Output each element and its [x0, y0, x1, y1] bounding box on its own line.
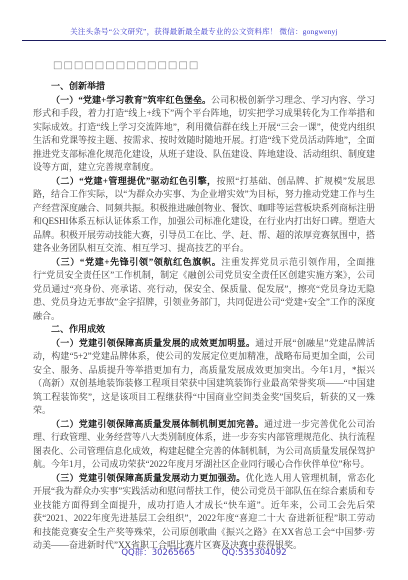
section-2-title-text: 二、作用成效 — [51, 324, 105, 334]
promo-footer: QQ群：30265665 QQ:535304092 — [0, 546, 408, 558]
document-page: 关注头条号“公文研究”，获得最新最全最专业的公文资料库！ 微信：gongweny… — [0, 0, 408, 580]
paragraph: （二）党建引领保障高质量发展体制机制更加完善。通过进一步完善优化公司治理、行政管… — [33, 418, 375, 472]
paragraph-lead: （三）“党建+先锋引领”领航红色旗帜。 — [51, 257, 221, 267]
paragraph-text: 公司积极创新学习理念、学习内容、学习形式和手段，着力打造“线上+线下”两个平台阵… — [33, 95, 375, 173]
paragraph: （二）“党建+管理提优”驱动红色引擎，按照“打基础、创品牌、扩规模”发展思路，结… — [33, 175, 375, 256]
paragraph-lead: （一）“党建+学习教育”筑牢红色堡垒。 — [51, 95, 211, 105]
section-1-title: 一、创新举措 — [33, 80, 375, 94]
paragraph-text: 按照“打基础、创品牌、扩规模”发展思路，结合工作实际，以“为群众办实事、为企业增… — [33, 176, 375, 254]
paragraph-lead: （二）党建引领保障高质量发展体制机制更加完善。 — [51, 419, 264, 429]
section-2-title: 二、作用成效 — [33, 323, 375, 337]
paragraph-lead: （一）党建引领保障高质量发展的成效更加明显。 — [51, 338, 255, 348]
paragraph-text: 优化选人用人管理机制，常态化开展“我为群众办实事”实践活动和慰问帮扶工作，使公司… — [33, 473, 375, 551]
paragraph: （一）“党建+学习教育”筑牢红色堡垒。公司积极创新学习理念、学习内容、学习形式和… — [33, 94, 375, 175]
paragraph: （三）“党建+先锋引领”领航红色旗帜。注重发挥党员示范引领作用，全面推行“党员安… — [33, 256, 375, 324]
promo-header: 关注头条号“公文研究”，获得最新最全最专业的公文资料库！ 微信：gongweny… — [22, 26, 386, 41]
paragraph: （三）党建引领保障高质量发展动力更加强劲。优化选人用人管理机制，常态化开展“我为… — [33, 472, 375, 553]
paragraph: （一）党建引领保障高质量发展的成效更加明显。通过开展“创融星”党建品牌活动，构建… — [33, 337, 375, 418]
section-1-title-text: 一、创新举措 — [51, 81, 105, 91]
paragraph-lead: （二）“党建+管理提优”驱动红色引擎， — [51, 176, 216, 186]
paragraph-text: 通过开展“创融星”党建品牌活动，构建“5+2”党建品牌体系，使公司的发展定位更加… — [33, 338, 375, 416]
qq-group-label: QQ群：30265665 — [121, 548, 195, 558]
qq-label: QQ:535304092 — [222, 548, 287, 558]
document-body: 一、创新举措 （一）“党建+学习教育”筑牢红色堡垒。公司积极创新学习理念、学习内… — [33, 80, 375, 553]
document-title-placeholder-glyphs: □□□□□□□□□□□□□□ — [53, 60, 375, 71]
paragraph-lead: （三）党建引领保障高质量发展动力更加强劲。 — [51, 473, 246, 483]
